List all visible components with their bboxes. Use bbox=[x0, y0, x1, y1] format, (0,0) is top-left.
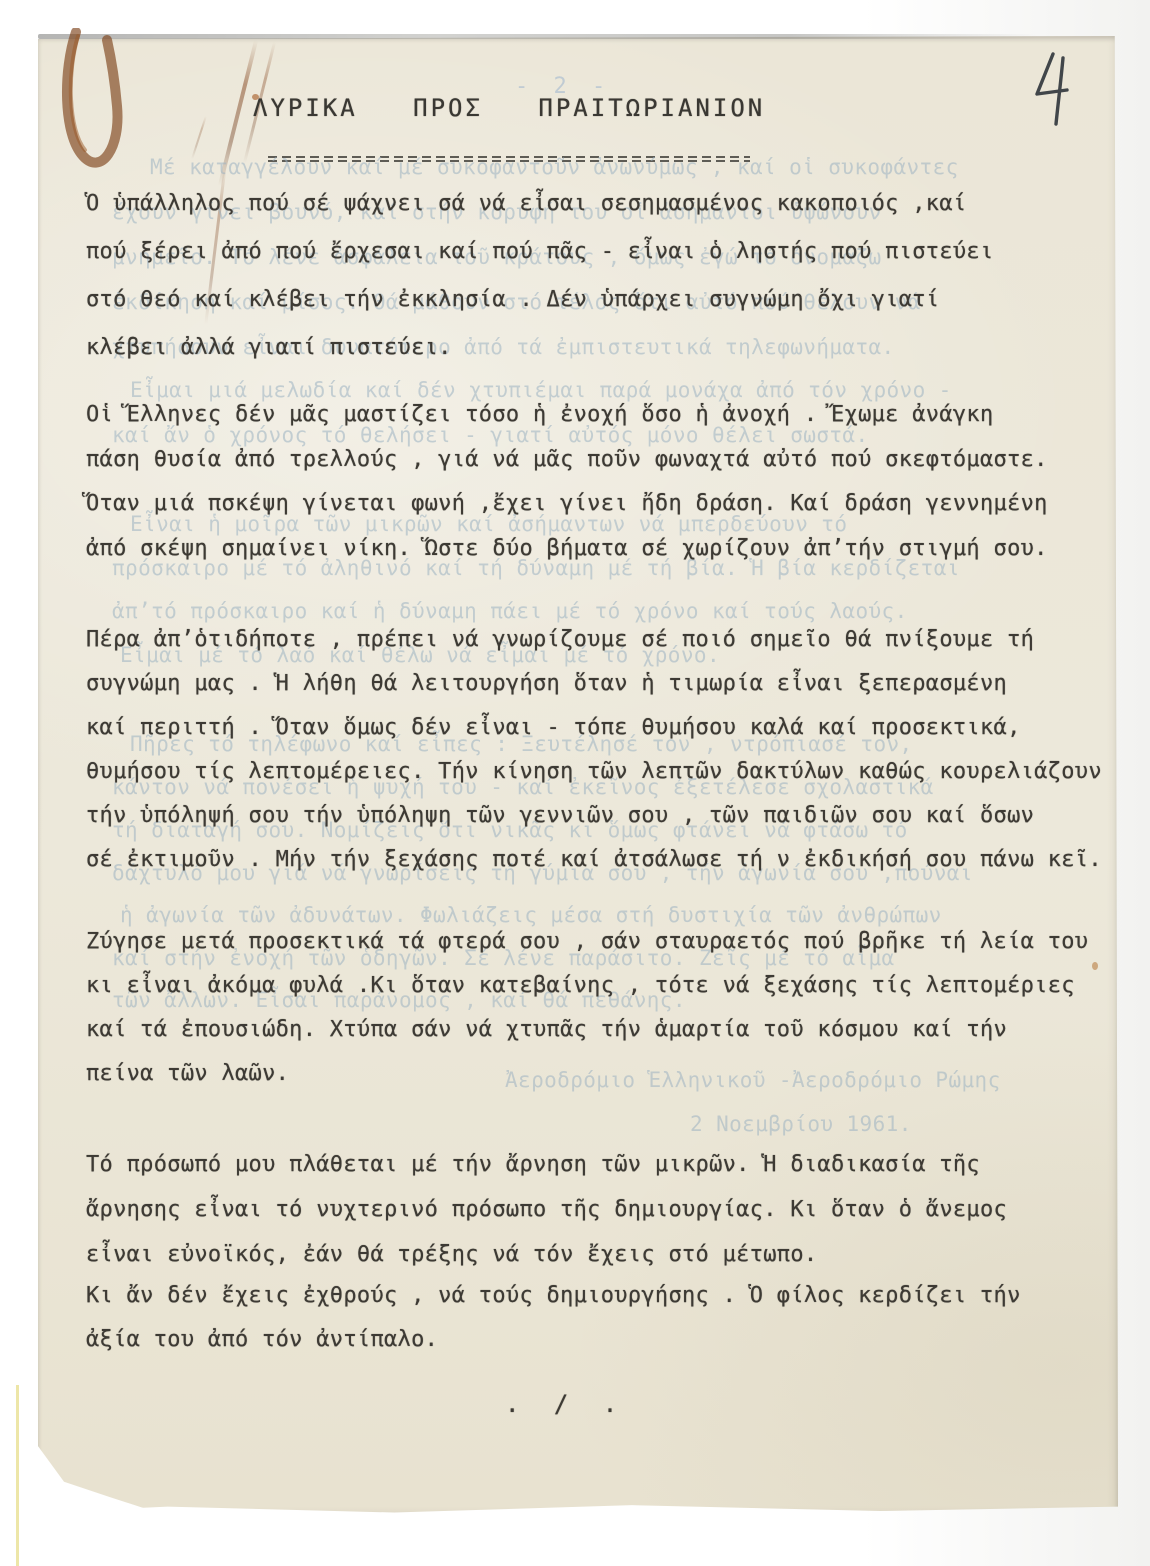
typescript-line: ἄρνησης εἶναι τό νυχτερινό πρόσωπο τῆς δ… bbox=[86, 1187, 1106, 1232]
typescript-line: πάση θυσία ἀπό τρελλούς , γιά νά μᾶς ποῦ… bbox=[86, 437, 1106, 482]
typescript-line: πείνα τῶν λαῶν. bbox=[86, 1052, 1106, 1096]
typescript-line: σέ ἐκτιμοῦν . Μήν τήν ξεχάσης ποτέ καί ἀ… bbox=[86, 838, 1106, 882]
handwritten-page-number-4 bbox=[1028, 46, 1084, 136]
typescript-line: καί περιττή . Ὅταν ὅμως δέν εἶναι - τόπε… bbox=[86, 706, 1106, 750]
bleedthrough-date-line: 2 Νοεμβρίου 1961. bbox=[690, 1112, 912, 1136]
typescript-line: συγνώμη μας . Ἡ λήθη θά λειτουργήση ὅταν… bbox=[86, 662, 1106, 706]
typescript-line: κλέβει ἀλλά γιατί πιστεύει. bbox=[86, 324, 1106, 372]
typescript-line: Ζύγησε μετά προσεκτικά τά φτερά σου , σά… bbox=[86, 920, 1106, 964]
scanner-edge-artifact bbox=[16, 1385, 19, 1566]
typescript-paragraph: Ὅταν μιά πσκέψη γίνεται φωνή ,ἔχει γίνει… bbox=[86, 481, 1106, 571]
typescript-line: Πέρα ἀπ’ὁτιδήποτε , πρέπει νά γνωρίζουμε… bbox=[86, 618, 1106, 662]
typescript-line: εἶναι εὐνοϊκός, ἐάν θά τρέξης νά τόν ἔχε… bbox=[86, 1232, 1106, 1277]
typescript-line: πού ξέρει ἀπό πού ἔρχεσαι καί πού πᾶς - … bbox=[86, 228, 1106, 276]
scanned-typescript-page: - 2 - ΛΥΡΙΚΑ ΠΡΟΣ ΠΡΑΙΤΩΡΙΑΝΙΟΝ Μέ καταγ… bbox=[0, 0, 1150, 1566]
typescript-line: ἀπό σκέψη σημαίνει νίκη. Ὥστε δύο βήματα… bbox=[86, 526, 1106, 571]
typescript-line: καί τά ἐπουσιώδη. Χτύπα σάν νά χτυπᾶς τή… bbox=[86, 1008, 1106, 1052]
typescript-line: κι εἶναι ἀκόμα φυλά .Κι ὅταν κατεβαίνης … bbox=[86, 964, 1106, 1008]
document-title: ΛΥΡΙΚΑ ΠΡΟΣ ΠΡΑΙΤΩΡΙΑΝΙΟΝ bbox=[253, 94, 765, 122]
typescript-line: Οἱ Ἕλληνες δέν μᾶς μαστίζει τόσο ἡ ἐνοχή… bbox=[86, 392, 1106, 437]
typescript-paragraph: Πέρα ἀπ’ὁτιδήποτε , πρέπει νά γνωρίζουμε… bbox=[86, 618, 1106, 882]
typescript-line: Ὅταν μιά πσκέψη γίνεται φωνή ,ἔχει γίνει… bbox=[86, 481, 1106, 526]
typescript-line: Ὁ ὑπάλληλος πού σέ ψάχνει σά νά εἶσαι σε… bbox=[86, 180, 1106, 228]
typescript-line: Κι ἄν δέν ἔχεις ἐχθρούς , νά τούς δημιου… bbox=[86, 1274, 1106, 1318]
typescript-line: θυμήσου τίς λεπτομέρειες. Τήν κίνηση τῶν… bbox=[86, 750, 1106, 794]
typescript-paragraph: Ὁ ὑπάλληλος πού σέ ψάχνει σά νά εἶσαι σε… bbox=[86, 180, 1106, 372]
typescript-paragraph: Οἱ Ἕλληνες δέν μᾶς μαστίζει τόσο ἡ ἐνοχή… bbox=[86, 392, 1106, 482]
typescript-line: Τό πρόσωπό μου πλάθεται μέ τήν ἄρνηση τῶ… bbox=[86, 1142, 1106, 1187]
end-of-text-mark: . / . bbox=[505, 1390, 627, 1418]
typescript-line: στό θεό καί κλέβει τήν ἐκκλησία . Δέν ὑπ… bbox=[86, 276, 1106, 324]
typescript-line: ἀξία του ἀπό τόν ἀντίπαλο. bbox=[86, 1318, 1106, 1362]
typescript-line: τήν ὑπόληψή σου τήν ὑπόληψη τῶν γεννιῶν … bbox=[86, 794, 1106, 838]
typescript-paragraph: Κι ἄν δέν ἔχεις ἐχθρούς , νά τούς δημιου… bbox=[86, 1274, 1106, 1362]
paper-top-edge-shadow bbox=[38, 34, 1038, 39]
bleedthrough-line: Μέ καταγγέλουν καί μέ συκοφαντοῦν ἀνωνύμ… bbox=[150, 155, 959, 179]
typescript-paragraph: Ζύγησε μετά προσεκτικά τά φτερά σου , σά… bbox=[86, 920, 1106, 1096]
paperclip-rust-stain bbox=[60, 28, 150, 178]
typescript-paragraph: Τό πρόσωπό μου πλάθεται μέ τήν ἄρνηση τῶ… bbox=[86, 1142, 1106, 1277]
